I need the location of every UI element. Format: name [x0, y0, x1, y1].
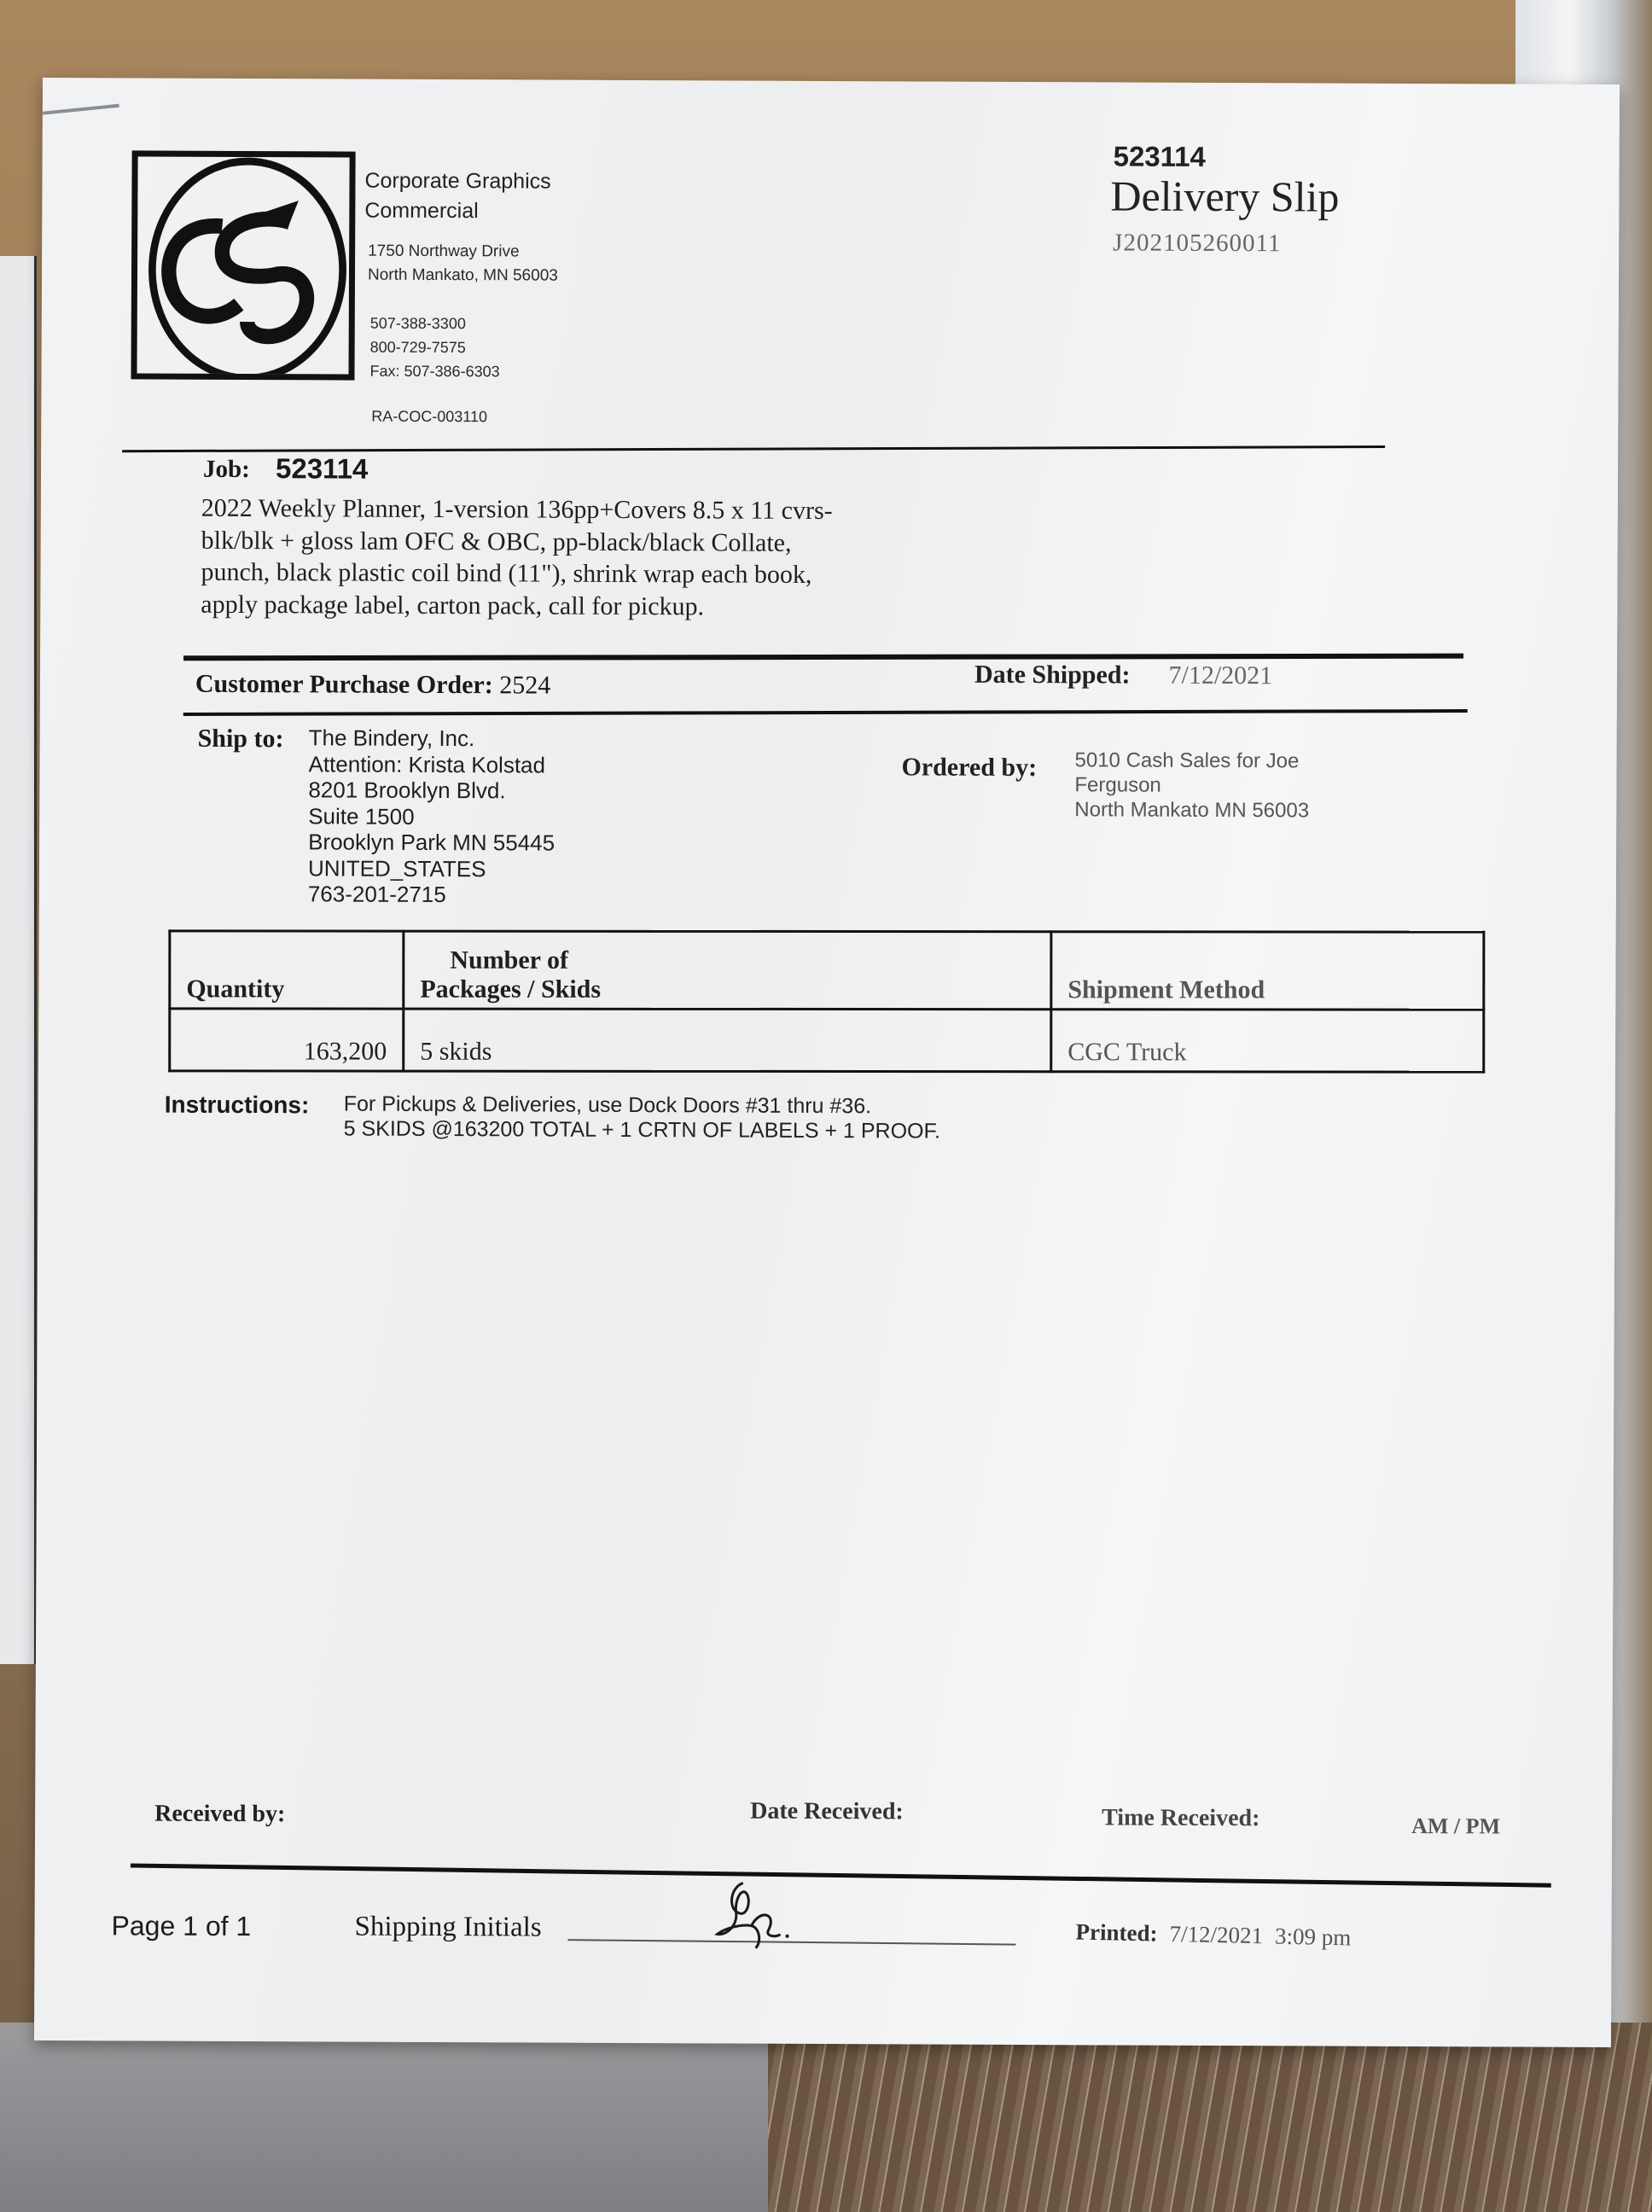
company-phones: 507-388-3300 800-729-7575 Fax: 507-386-6…: [369, 311, 499, 384]
table-row: 163,200 5 skids CGC Truck: [170, 1009, 1484, 1072]
document-reference: J202105260011: [1113, 229, 1281, 258]
time-received-label: Time Received:: [1102, 1804, 1259, 1832]
date-shipped: Date Shipped:7/12/2021: [974, 661, 1272, 691]
purchase-order: Customer Purchase Order: 2524: [195, 670, 550, 701]
background-pallet-left: [0, 2023, 768, 2212]
company-address: 1750 Northway Drive North Mankato, MN 56…: [368, 240, 558, 288]
instructions-label: Instructions:: [165, 1091, 310, 1120]
company-name: Corporate Graphics Commercial: [364, 166, 550, 227]
cell-packages: 5 skids: [404, 1009, 1051, 1072]
signature-icon: [708, 1874, 802, 1951]
received-by-label: Received by:: [154, 1801, 285, 1829]
job-label: Job:: [203, 456, 250, 484]
column-packages: Number of Packages / Skids: [404, 931, 1051, 1010]
date-received-label: Date Received:: [750, 1798, 904, 1826]
divider: [122, 445, 1385, 452]
ordered-by-address: 5010 Cash Sales for Joe Ferguson North M…: [1074, 748, 1309, 823]
divider: [183, 709, 1468, 716]
page-number: Page 1 of 1: [111, 1910, 251, 1942]
background-box-left: [0, 256, 37, 1664]
cell-shipment-method: CGC Truck: [1051, 1010, 1484, 1072]
shipment-table: Quantity Number of Packages / Skids Ship…: [168, 929, 1485, 1073]
ship-to-address: The Bindery, Inc. Attention: Krista Kols…: [308, 725, 556, 908]
column-quantity: Quantity: [170, 931, 404, 1009]
header-job-number: 523114: [1114, 140, 1206, 172]
printed-timestamp: Printed:7/12/20213:09 pm: [1075, 1918, 1351, 1951]
document-title: Delivery Slip: [1110, 171, 1339, 221]
ordered-by-label: Ordered by:: [901, 753, 1037, 783]
table-header-row: Quantity Number of Packages / Skids Ship…: [170, 931, 1484, 1010]
job-description: 2022 Weekly Planner, 1-version 136pp+Cov…: [201, 492, 850, 623]
divider: [183, 654, 1463, 661]
cell-quantity: 163,200: [170, 1009, 404, 1071]
divider: [131, 1863, 1551, 1887]
purchase-order-value: 2524: [499, 671, 550, 699]
column-shipment-method: Shipment Method: [1051, 932, 1484, 1010]
am-pm-label: AM / PM: [1411, 1813, 1500, 1839]
job-number: 523114: [276, 452, 368, 485]
delivery-slip-paper: Corporate Graphics Commercial 1750 North…: [34, 78, 1620, 2047]
date-shipped-value: 7/12/2021: [1168, 661, 1272, 690]
company-code: RA-COC-003110: [371, 408, 487, 427]
shipping-initials-label: Shipping Initials: [354, 1912, 541, 1944]
staple-icon: [43, 104, 119, 115]
cg-logo-icon: [131, 150, 355, 380]
instructions-text: For Pickups & Deliveries, use Dock Doors…: [344, 1092, 941, 1144]
ship-to-label: Ship to:: [198, 725, 284, 754]
background-cardboard: [768, 2023, 1652, 2212]
